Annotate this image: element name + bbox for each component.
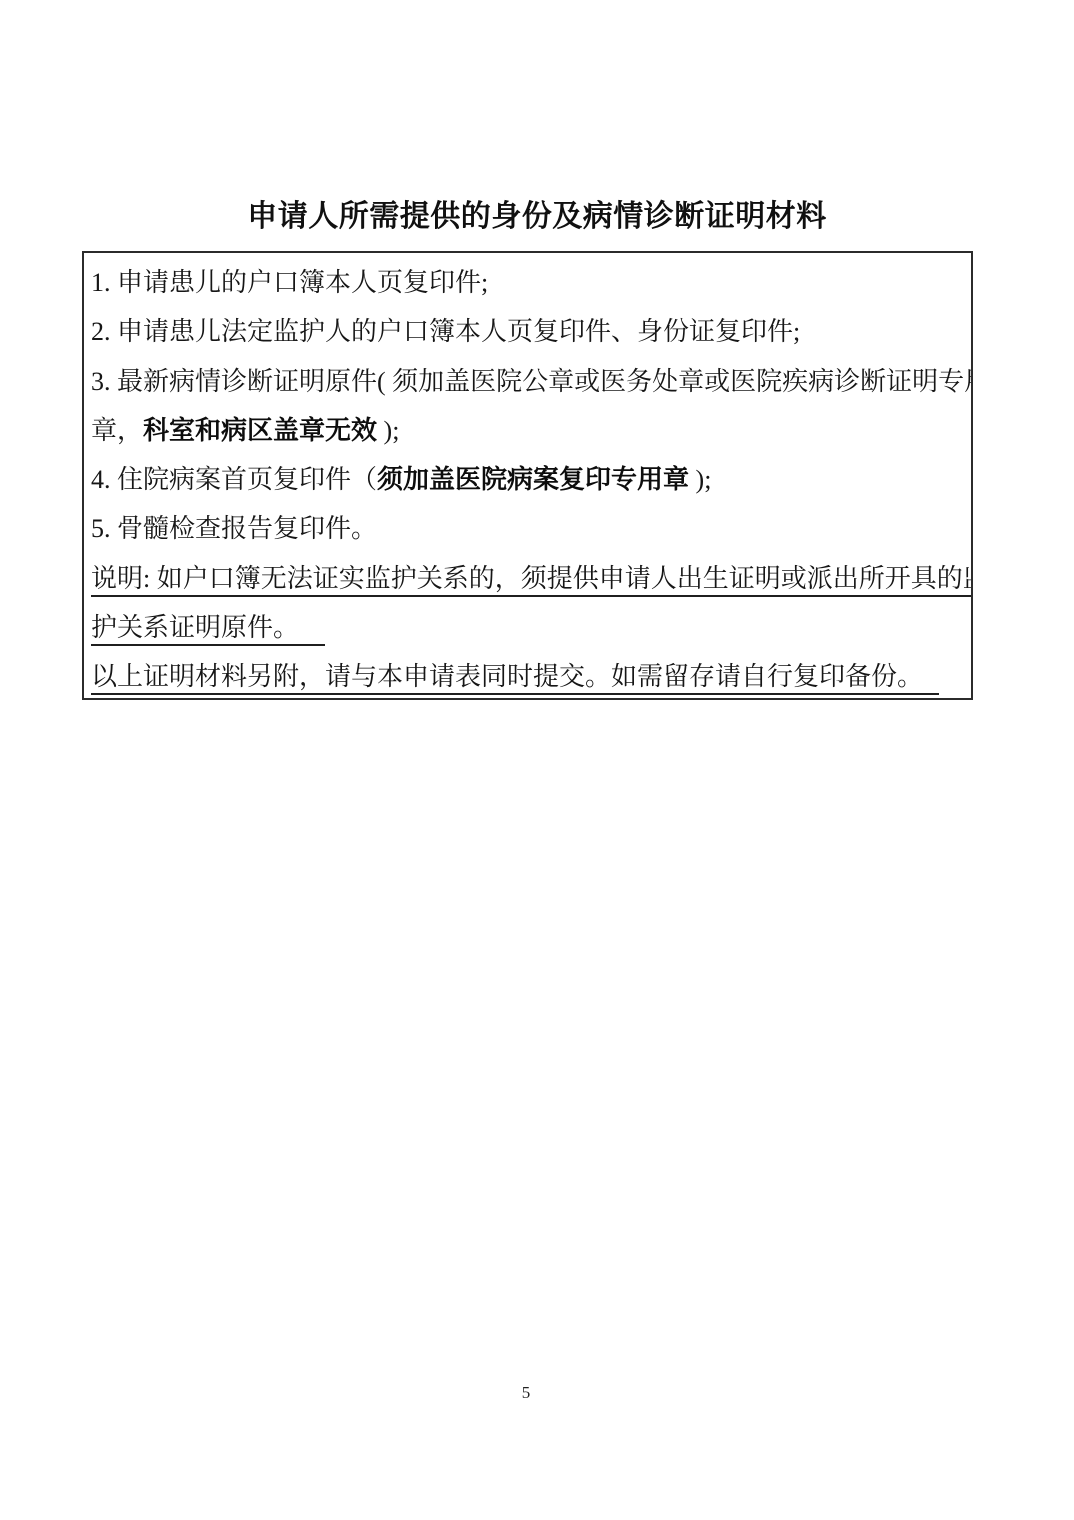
text-segment: 3. 最新病情诊断证明原件( 须加盖医院公章或医务处章或医院疾病诊断证明专用: [91, 367, 973, 396]
text-segment: 说明: 如户口簿无法证实监护关系的，须提供申请人出生证明或派出所开具的监: [91, 564, 973, 597]
text-segment: 须加盖医院病案复印专用章: [377, 465, 689, 494]
text-segment: );: [689, 465, 711, 494]
text-segment: 5. 骨髓检查报告复印件。: [91, 514, 377, 543]
text-line: 2. 申请患儿法定监护人的户口簿本人页复印件、身份证复印件;: [91, 307, 967, 356]
text-segment: 2. 申请患儿法定监护人的户口簿本人页复印件、身份证复印件;: [91, 317, 800, 346]
text-segment: 1. 申请患儿的户口簿本人页复印件;: [91, 268, 488, 297]
text-segment: 科室和病区盖章无效: [143, 416, 377, 445]
page-title: 申请人所需提供的身份及病情诊断证明材料: [0, 191, 1074, 235]
text-line: 1. 申请患儿的户口簿本人页复印件;: [91, 258, 967, 307]
text-line: 说明: 如户口簿无法证实监护关系的，须提供申请人出生证明或派出所开具的监: [91, 554, 967, 603]
text-segment: 护关系证明原件。: [91, 613, 325, 646]
text-line: 3. 最新病情诊断证明原件( 须加盖医院公章或医务处章或医院疾病诊断证明专用: [91, 357, 967, 406]
text-segment: 章，: [91, 416, 143, 445]
text-line: 章，科室和病区盖章无效 );: [91, 406, 967, 455]
text-segment: );: [377, 416, 399, 445]
text-segment: 4. 住院病案首页复印件（: [91, 465, 377, 494]
materials-list: 1. 申请患儿的户口簿本人页复印件;2. 申请患儿法定监护人的户口簿本人页复印件…: [91, 258, 967, 700]
text-line: 以上证明材料另附，请与本申请表同时提交。如需留存请自行复印备份。: [91, 652, 967, 700]
page-number: 5: [0, 1383, 1052, 1403]
text-line: 护关系证明原件。: [91, 603, 967, 652]
materials-box: 1. 申请患儿的户口簿本人页复印件;2. 申请患儿法定监护人的户口簿本人页复印件…: [82, 251, 973, 700]
text-segment: 以上证明材料另附，请与本申请表同时提交。如需留存请自行复印备份。: [91, 662, 939, 695]
text-line: 5. 骨髓检查报告复印件。: [91, 504, 967, 553]
text-line: 4. 住院病案首页复印件（须加盖医院病案复印专用章 );: [91, 455, 967, 504]
